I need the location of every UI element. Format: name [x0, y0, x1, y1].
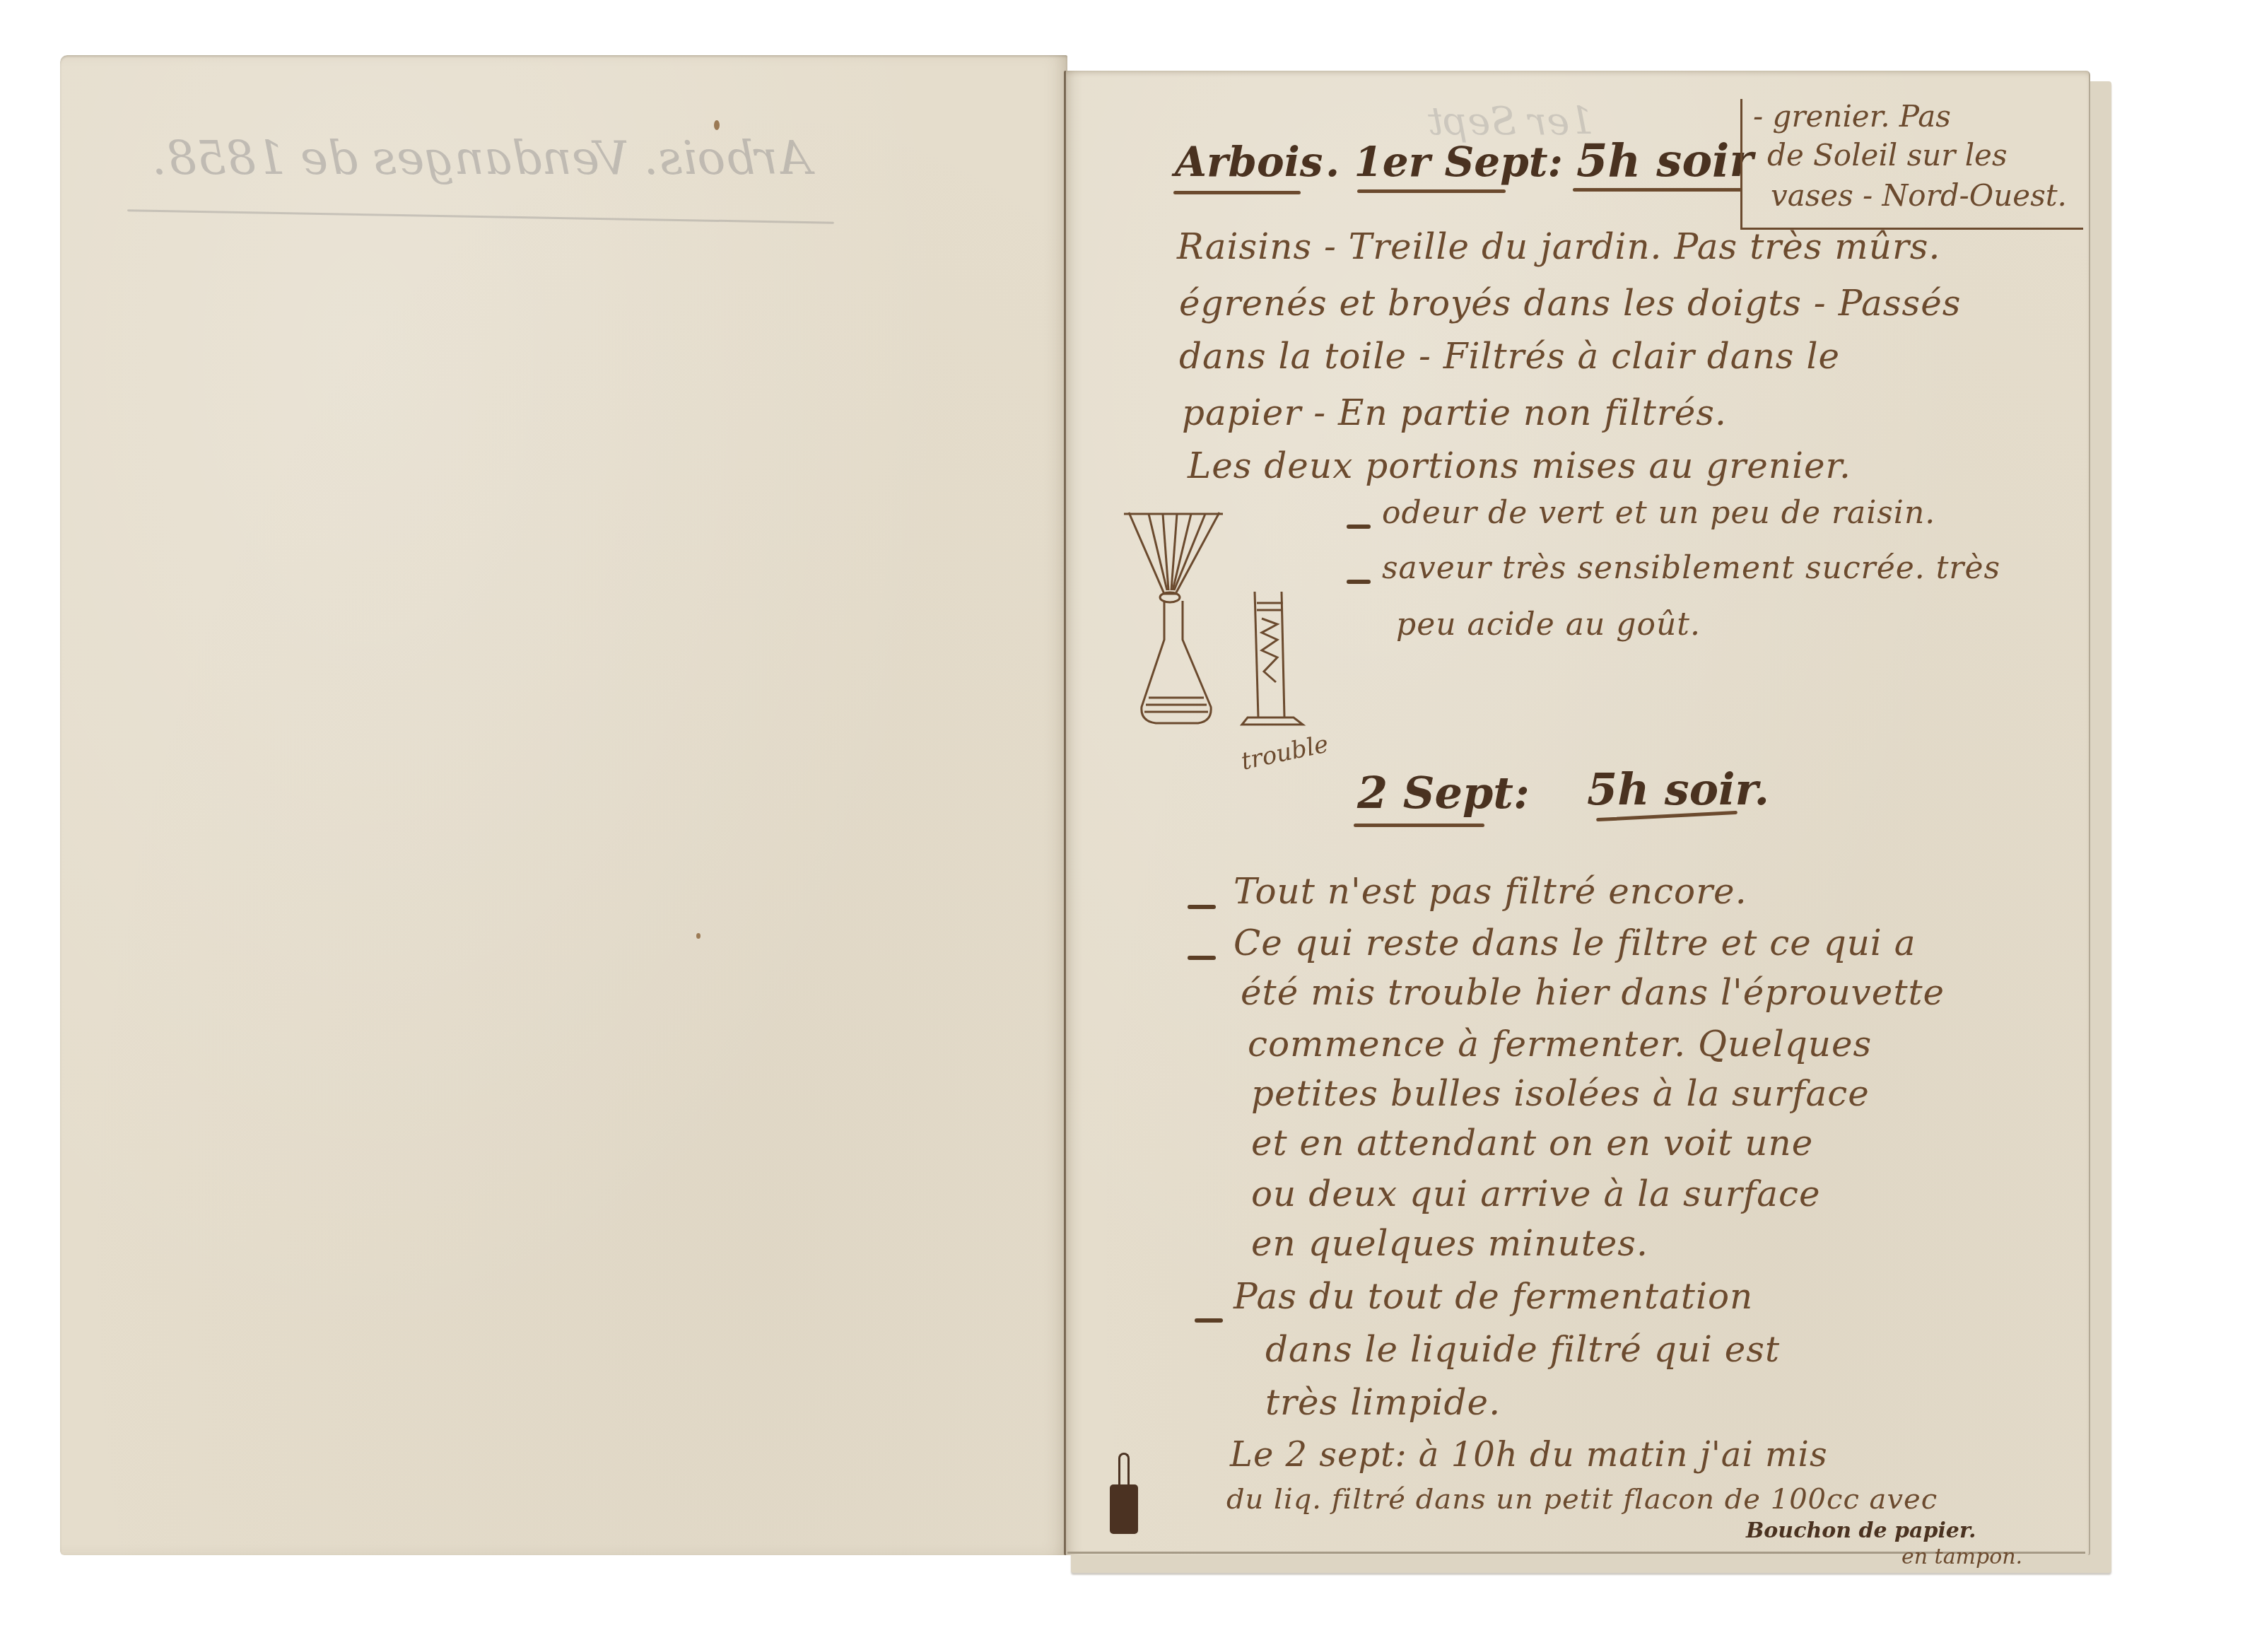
stoppered-bottle-icon — [1110, 1484, 1138, 1534]
right-page-bleed-through: 1er Sept — [1428, 99, 1594, 143]
entry1-observation: saveur très sensiblement sucrée. très — [1382, 550, 2000, 586]
entry1-line: Les deux portions mises au grenier. — [1188, 445, 1851, 486]
entry2-line: très limpide. — [1265, 1382, 1501, 1423]
entry1-line: égrenés et broyés dans les doigts - Pass… — [1179, 283, 1961, 324]
bottle-neck-sketch — [1118, 1453, 1130, 1484]
entry2-line: été mis trouble hier dans l'éprouvette — [1241, 972, 1945, 1013]
bullet-dash — [1188, 956, 1216, 960]
entry1-line: Raisins - Treille du jardin. Pas très mû… — [1177, 226, 1940, 267]
paper-stain — [696, 933, 701, 939]
entry2-line: Tout n'est pas filtré encore. — [1233, 871, 1747, 912]
entry1-place: Arbois — [1175, 138, 1323, 186]
entry3-line: du liq. filtré dans un petit flacon de 1… — [1226, 1483, 1938, 1516]
entry3-line: Le 2 sept: à 10h du matin j'ai mis — [1230, 1435, 1828, 1475]
entry1-date: . 1er Sept: — [1325, 138, 1563, 186]
entry2-line: petites bulles isolées à la surface — [1251, 1073, 1870, 1114]
bullet-dash — [1195, 1318, 1223, 1323]
paper-stain — [714, 120, 720, 130]
entry1-line: dans la toile - Filtrés à clair dans le — [1179, 336, 1840, 377]
entry2-line: et en attendant on en voit une — [1251, 1123, 1813, 1164]
entry1-date-underline — [1357, 189, 1506, 193]
entry1-time-underline — [1573, 188, 1742, 192]
side-note-line: vases - Nord-Ouest. — [1771, 178, 2067, 213]
left-page-bleed-through-text: Arbois. Vendanges de 1858. — [152, 131, 811, 185]
entry1-observation: peu acide au goût. — [1396, 607, 1701, 643]
left-page — [60, 55, 1067, 1555]
entry2-line: dans le liquide filtré qui est — [1265, 1329, 1780, 1370]
entry2-time: 5h soir. — [1587, 763, 1769, 815]
bullet-dash — [1188, 905, 1216, 909]
side-note-box: - grenier. Pas de Soleil sur les vases -… — [1740, 99, 2083, 230]
entry2-date: 2 Sept: — [1357, 767, 1530, 819]
bullet-dash — [1347, 580, 1371, 584]
entry3-footnote: en tampon. — [1901, 1545, 2022, 1569]
entry1-observation: odeur de vert et un peu de raisin. — [1382, 495, 1935, 531]
entry2-line: ou deux qui arrive à la surface — [1251, 1173, 1821, 1214]
entry1-time: 5h soir — [1576, 134, 1753, 187]
entry1-place-underline — [1173, 191, 1301, 194]
entry2-line: commence à fermenter. Quelques — [1248, 1024, 1872, 1065]
funnel-flask-sketch-icon — [1120, 505, 1318, 739]
side-note-line: - grenier. Pas — [1753, 99, 1951, 134]
entry2-line: Ce qui reste dans le filtre et ce qui a — [1233, 922, 1916, 963]
entry1-line: papier - En partie non filtrés. — [1182, 392, 1727, 433]
entry3-footnote: Bouchon de papier. — [1746, 1518, 1976, 1543]
bullet-dash — [1347, 525, 1371, 529]
entry2-date-underline — [1354, 824, 1484, 827]
side-note-line: de Soleil sur les — [1767, 138, 2008, 172]
entry2-line: en quelques minutes. — [1251, 1223, 1648, 1264]
entry2-line: Pas du tout de fermentation — [1233, 1276, 1753, 1317]
